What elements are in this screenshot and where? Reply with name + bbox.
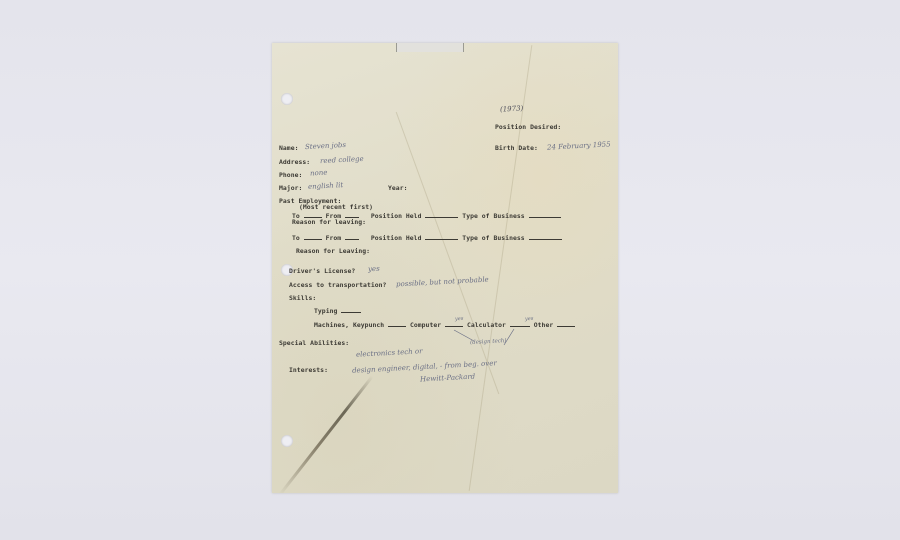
address-value: reed college [320,155,364,165]
interests-value-line2: Hewitt-Packard [420,373,476,384]
year-annotation: (1973) [500,104,524,113]
to-field-2[interactable] [304,233,322,240]
most-recent-first-note: (Most recent first) [299,203,373,211]
reason-for-leaving-label-1: Reason for leaving: [292,218,366,226]
birth-date-label: Birth Date: [495,144,538,152]
tape-strip [396,43,464,52]
major-label: Major: [279,184,302,192]
birth-date-value: 24 February 1955 [547,140,611,151]
year-label: Year: [388,184,408,192]
major-value: english lit [308,181,344,191]
skills-label: Skills: [289,294,316,302]
business-type-field-1[interactable] [529,211,561,218]
name-label: Name: [279,144,299,152]
from-field-1[interactable] [345,211,359,218]
typing-field[interactable] [341,306,361,313]
other-field[interactable] [557,320,575,327]
name-value: Steven jobs [305,141,346,151]
job-application-paper: (1973) Position Desired: Name: Steven jo… [272,43,618,493]
computer-value: yes [455,316,464,322]
position-held-field-1[interactable] [425,211,458,218]
from-field-2[interactable] [345,233,359,240]
address-label: Address: [279,158,310,166]
transportation-value: possible, but not probable [396,276,489,289]
interests-label: Interests: [289,366,328,374]
phone-value: none [310,169,328,178]
phone-label: Phone: [279,171,302,179]
position-held-field-2[interactable] [425,233,458,240]
interests-value-line1: design engineer, digital, - from beg. ov… [352,359,497,375]
punch-hole-top [281,93,293,105]
to-field-1[interactable] [304,211,322,218]
business-type-field-2[interactable] [529,233,562,240]
transportation-label: Access to transportation? [289,281,386,289]
special-abilities-value: electronics tech or [356,347,423,358]
typing-row: Typing [314,306,361,315]
keypunch-field[interactable] [388,320,406,327]
drivers-license-value: yes [368,265,380,274]
calculator-value: yes [525,316,534,322]
special-abilities-label: Special Abilities: [279,339,349,347]
machines-row: Machines, Keypunch Computer Calculator O… [314,320,575,329]
position-desired-label: Position Desired: [495,123,561,131]
reason-for-leaving-label-2: Reason for Leaving: [296,247,370,255]
drivers-license-label: Driver's License? [289,267,355,275]
ink-stain [279,375,374,493]
punch-hole-bottom [281,435,293,447]
employment-row-2: To From Position Held Type of Business [292,233,562,242]
